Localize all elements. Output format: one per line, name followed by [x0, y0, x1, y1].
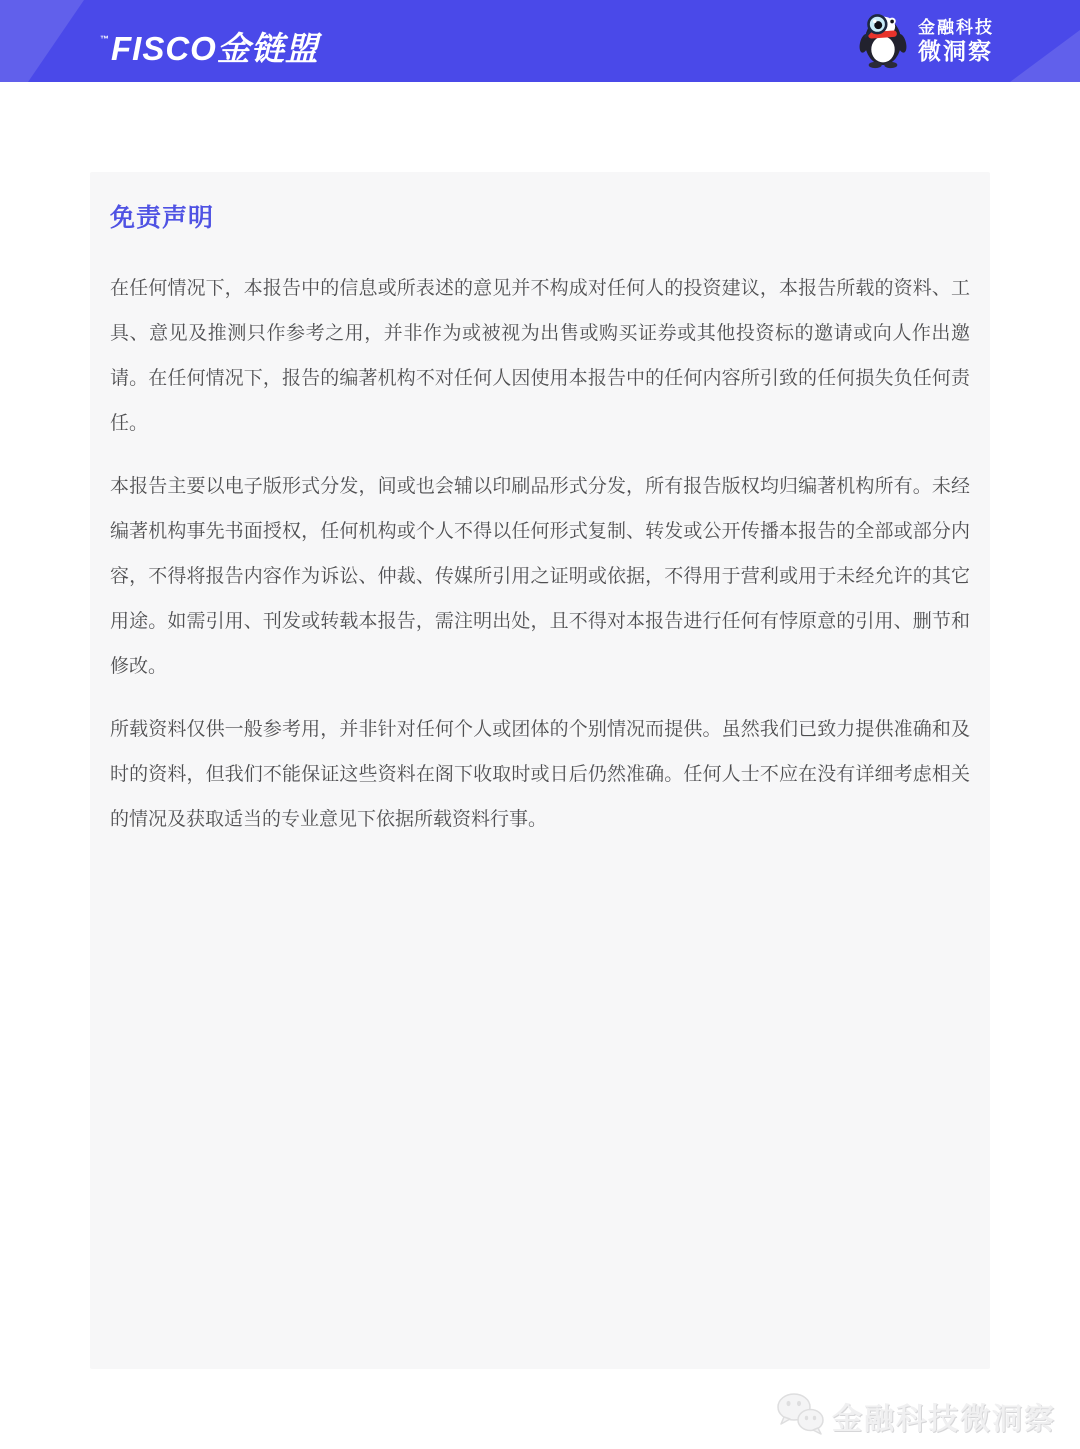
report-disclaimer-page: { "header": { "bg_color": "#4a49e9", "st…: [0, 0, 1080, 1449]
header-banner: ™FISCO金链盟: [0, 0, 1080, 82]
brand-name-line1: 金融科技: [918, 18, 994, 38]
disclaimer-paragraph: 所载资料仅供一般参考用，并非针对任何个人或团体的个别情况而提供。虽然我们已致力提…: [110, 707, 970, 842]
brand-name-line2: 微洞察: [918, 38, 994, 66]
disclaimer-paragraph: 本报告主要以电子版形式分发，间或也会辅以印刷品形式分发，所有报告版权均归编著机构…: [110, 464, 970, 689]
wechat-icon: [774, 1390, 826, 1441]
brand-block: 金融科技 微洞察: [857, 8, 994, 75]
trademark-mark: ™: [100, 34, 110, 44]
fisco-logo-latin: FISCO: [111, 30, 217, 67]
disclaimer-title: 免责声明: [110, 198, 970, 234]
disclaimer-body: 在任何情况下，本报告中的信息或所表述的意见并不构成对任何人的投资建议，本报告所载…: [110, 266, 970, 842]
disclaimer-paragraph: 在任何情况下，本报告中的信息或所表述的意见并不构成对任何人的投资建议，本报告所载…: [110, 266, 970, 446]
penguin-magnifier-icon: [857, 8, 909, 75]
footer-watermark: 金融科技微洞察: [774, 1390, 1056, 1441]
disclaimer-card: 免责声明 在任何情况下，本报告中的信息或所表述的意见并不构成对任何人的投资建议，…: [90, 172, 990, 1369]
fisco-logo: ™FISCO金链盟: [100, 16, 319, 72]
watermark-text: 金融科技微洞察: [832, 1394, 1056, 1438]
brand-name: 金融科技 微洞察: [918, 18, 994, 66]
fisco-logo-chinese: 金链盟: [217, 30, 319, 67]
